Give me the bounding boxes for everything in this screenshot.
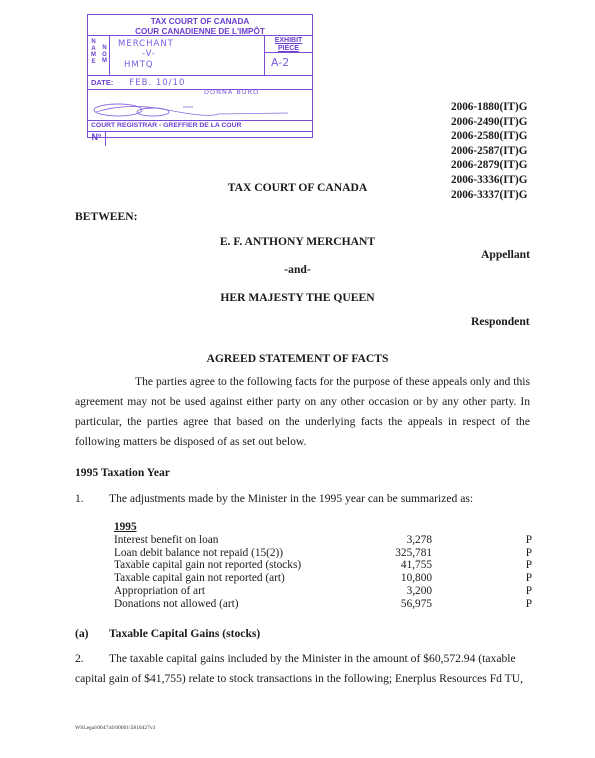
cell-amount: 41,755 [364,559,432,572]
stamp-number-label: N° [88,132,106,146]
document-title: AGREED STATEMENT OF FACTS [0,352,595,365]
cell-flag: P [432,559,532,572]
stamp-name-line1: MERCHANT [118,39,174,49]
stamp-header: TAX COURT OF CANADA COUR CANADIENNE DE L… [88,15,312,36]
table-year-header: 1995 [114,521,364,534]
adjustments-table: 1995 Interest benefit on loan3,278PLoan … [114,521,532,611]
respondent-name: HER MAJESTY THE QUEEN [0,291,595,304]
stamp-name-line2: -V- [142,49,156,59]
cell-amount: 325,781 [364,547,432,560]
exhibit-stamp: TAX COURT OF CANADA COUR CANADIENNE DE L… [87,14,313,138]
stamp-name-row: NAME NOM MERCHANT -V- HMTQ EXHIBITPIÈCE … [88,36,312,76]
cell-amount: 3,200 [364,585,432,598]
cell-label: Taxable capital gain not reported (art) [114,572,364,585]
section-heading-1995: 1995 Taxation Year [75,466,170,479]
document-footer-id: WSLegal\064744\00001\5810427v3 [75,725,155,731]
stamp-signature-row: DONNA BURO [88,90,312,121]
file-number: 2006-1880(IT)G [451,100,527,115]
between-label: BETWEEN: [75,210,138,223]
file-number: 2006-2580(IT)G [451,129,527,144]
appellant-name: E. F. ANTHONY MERCHANT [0,235,595,248]
stamp-name-line3: HMTQ [124,60,154,70]
para1-number: 1. [75,492,84,505]
court-heading: TAX COURT OF CANADA [0,181,595,194]
cell-label: Taxable capital gain not reported (stock… [114,559,364,572]
stamp-court-en: TAX COURT OF CANADA [88,17,312,27]
name-label-en: NAME [88,39,99,75]
para2-number: 2. [75,652,84,665]
nom-letter: M [99,58,110,65]
file-number: 2006-2879(IT)G [451,158,527,173]
stamp-date-value: FEB. 10/10 [129,78,185,88]
intro-paragraph: The parties agree to the following facts… [75,372,530,452]
stamp-exhibit-value: A-2 [265,53,312,69]
table-row: Appropriation of art3,200P [114,585,532,598]
stamp-date-row: DATE: FEB. 10/10 [88,76,312,90]
cell-flag: P [432,547,532,560]
cell-label: Loan debit balance not repaid (15(2)) [114,547,364,560]
stamp-court-fr: COUR CANADIENNE DE L'IMPÔT [88,27,312,37]
stamp-name-label: NAME NOM [88,36,110,75]
stamp-date-label: DATE: [91,78,113,87]
table-row: Taxable capital gain not reported (stock… [114,559,532,572]
stamp-registrar-label: COURT REGISTRAR - GREFFIER DE LA COUR [88,121,312,132]
subsection-a-title: Taxable Capital Gains (stocks) [109,627,260,640]
subsection-a-number: (a) [75,627,89,640]
para2-line1: The taxable capital gains included by th… [109,652,516,665]
cell-label: Interest benefit on loan [114,534,364,547]
stamp-exhibit: EXHIBITPIÈCE A-2 [264,36,312,75]
name-label-fr: NOM [99,39,110,75]
cell-flag: P [432,598,532,611]
para1-text: The adjustments made by the Minister in … [109,492,473,505]
and-separator: -and- [0,263,595,276]
file-number: 2006-2490(IT)G [451,115,527,130]
cell-flag: P [432,534,532,547]
cell-label: Donations not allowed (art) [114,598,364,611]
cell-amount: 56,975 [364,598,432,611]
stamp-exhibit-label: EXHIBITPIÈCE [265,36,312,53]
cell-flag: P [432,585,532,598]
cell-amount: 3,278 [364,534,432,547]
table-row: Donations not allowed (art)56,975P [114,598,532,611]
table-row: Loan debit balance not repaid (15(2))325… [114,547,532,560]
cell-amount: 10,800 [364,572,432,585]
para2-line2: capital gain of $41,755) relate to stock… [75,672,523,685]
table-row: Interest benefit on loan3,278P [114,534,532,547]
appellant-role: Appellant [481,248,530,261]
stamp-number-row: N° [88,132,312,146]
table-row: Taxable capital gain not reported (art)1… [114,572,532,585]
name-letter: E [88,59,99,66]
cell-label: Appropriation of art [114,585,364,598]
respondent-role: Respondent [471,315,530,328]
cell-flag: P [432,572,532,585]
signature-scribble-icon [88,90,310,120]
file-number: 2006-2587(IT)G [451,144,527,159]
stamp-name-value: MERCHANT -V- HMTQ [110,36,264,75]
